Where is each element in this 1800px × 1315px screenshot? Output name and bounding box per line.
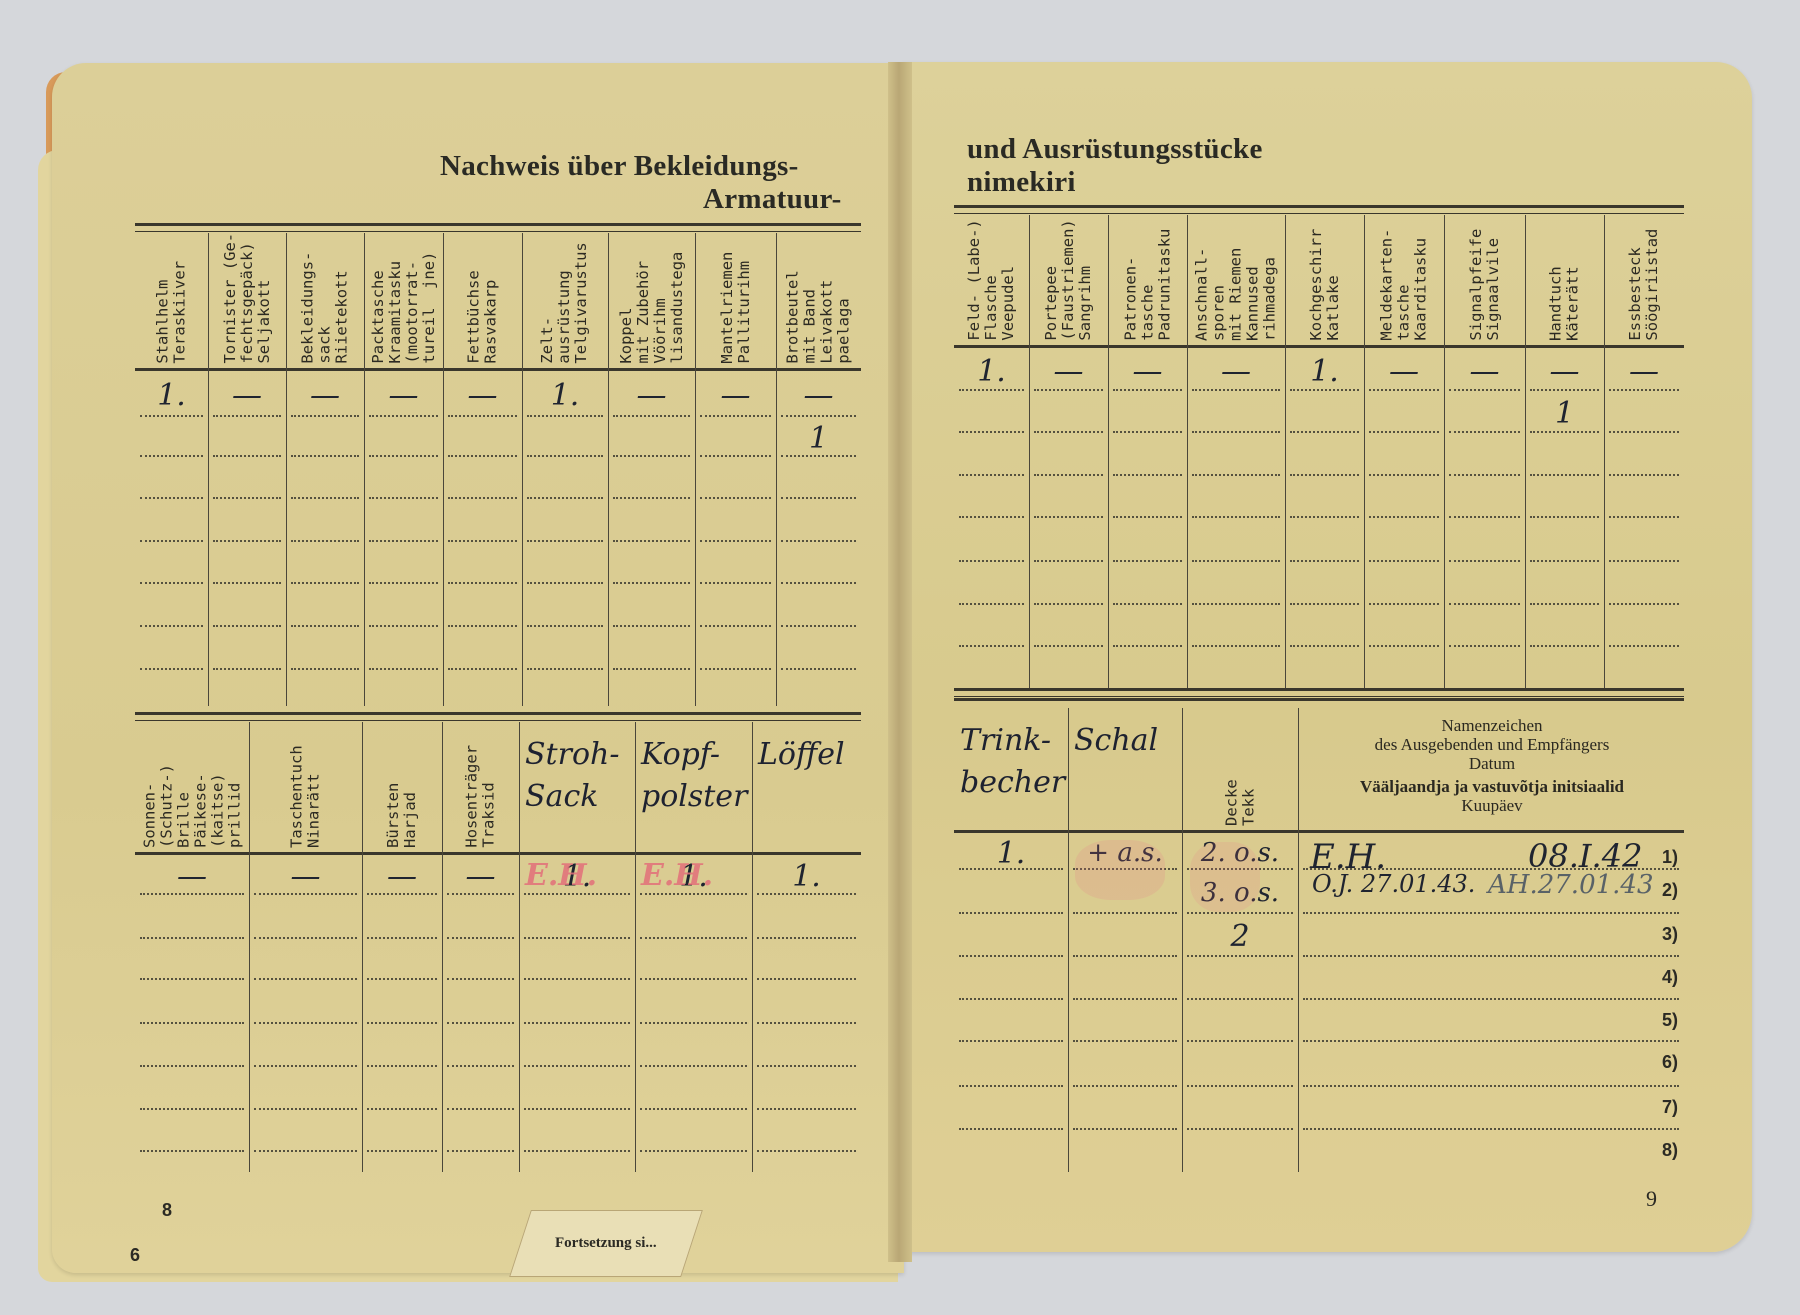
row-dotted-line: [1449, 516, 1520, 518]
row-dotted-line: [959, 998, 1063, 1000]
handwritten-quantity: 1.: [1285, 353, 1364, 389]
row-dotted-line: [959, 912, 1063, 914]
row-dotted-line: [1609, 560, 1679, 562]
column-divider: [752, 722, 753, 1172]
column-header-label: Koppel mit Zubehör Vöörihm lisandustega: [618, 252, 686, 364]
row-dotted-line: [1192, 603, 1280, 605]
header-rule: [954, 345, 1684, 348]
column-header: Sonnen- (Schutz-) Brille Päikese- (kaits…: [135, 724, 249, 848]
handwritten-quantity: 2: [1182, 918, 1298, 955]
row-dotted-line: [140, 540, 203, 542]
column-header-label: Stahlhelm Teraskiiver: [155, 261, 189, 364]
handwritten-quantity: 1.: [954, 838, 1068, 868]
row-dotted-line: [447, 937, 514, 939]
row-dotted-line: [527, 497, 603, 499]
row-dotted-line: [1073, 1040, 1177, 1042]
column-header: Hosenträger Traksid: [442, 724, 519, 848]
row-dotted-line: [448, 415, 517, 417]
column-header: Brotbeutel mit Band Leivakott paelaga: [776, 235, 861, 364]
column-header-label: Handtuch Käterätt: [1548, 266, 1582, 341]
row-dotted-line: [291, 582, 359, 584]
column-header-label: Taschentuch Ninarätt: [288, 745, 322, 848]
column-header-label: Meldekarten- tasche Kaarditasku: [1379, 229, 1430, 341]
handwritten-column-header: Schal: [1074, 720, 1180, 762]
handwritten-column-header: Löffel: [758, 734, 859, 776]
row-dotted-line: [1303, 955, 1679, 957]
column-header: Bekleidungs- sack Riietekott: [286, 235, 364, 364]
handwritten-quantity: —: [1525, 353, 1604, 389]
row-dotted-line: [448, 540, 517, 542]
column-header: Feld- (Labe-) Flasche Veepudel: [954, 217, 1029, 341]
table-top-rule: [954, 205, 1684, 208]
row-dotted-line: [367, 1022, 437, 1024]
column-header: Kochgeschirr Katlake: [1285, 217, 1364, 341]
row-dotted-line: [140, 1065, 244, 1067]
column-header: Zelt- ausrüstung Telgivarustus: [522, 235, 608, 364]
row-dotted-line: [1369, 603, 1439, 605]
column-divider: [519, 722, 520, 1172]
table-top-rule: [954, 213, 1684, 214]
row-dotted-line: [524, 978, 630, 980]
handwritten-quantity: 1: [776, 421, 861, 455]
handwritten-quantity: —: [208, 376, 286, 415]
row-dotted-line: [613, 415, 690, 417]
row-dotted-line: [1034, 474, 1103, 476]
sig-header-line: Kuupäev: [1300, 796, 1684, 815]
row-dotted-line: [524, 1065, 630, 1067]
row-dotted-line: [1530, 560, 1599, 562]
row-dotted-line: [1449, 645, 1520, 647]
column-header-label: Mantelriemen Palliturihm: [719, 252, 753, 364]
row-dotted-line: [640, 937, 747, 939]
row-dotted-line: [1187, 1085, 1293, 1087]
row-dotted-line: [700, 582, 771, 584]
column-header-label: Brotbeutel mit Band Leivakott paelaga: [785, 270, 853, 363]
table-top-rule: [135, 223, 861, 226]
row-dotted-line: [367, 1065, 437, 1067]
signature-row-number: 6): [1662, 1052, 1678, 1073]
column-header: Handtuch Käterätt: [1525, 217, 1604, 341]
row-dotted-line: [213, 582, 281, 584]
row-dotted-line: [448, 497, 517, 499]
row-dotted-line: [291, 455, 359, 457]
row-dotted-line: [1530, 516, 1599, 518]
column-divider: [1068, 708, 1069, 1172]
row-dotted-line: [613, 582, 690, 584]
row-dotted-line: [1034, 645, 1103, 647]
row-dotted-line: [527, 415, 603, 417]
row-dotted-line: [140, 1108, 244, 1110]
row-dotted-line: [781, 625, 856, 627]
row-dotted-line: [613, 497, 690, 499]
row-dotted-line: [291, 497, 359, 499]
row-dotted-line: [700, 497, 771, 499]
row-dotted-line: [447, 1108, 514, 1110]
handwritten-quantity: 1.: [954, 353, 1029, 389]
row-dotted-line: [1034, 389, 1103, 391]
handwritten-column-header: Trink- becher: [960, 720, 1066, 804]
row-dotted-line: [959, 516, 1024, 518]
handwritten-quantity: —: [135, 860, 249, 893]
row-dotted-line: [369, 455, 438, 457]
row-dotted-line: [1609, 516, 1679, 518]
handwritten-quantity: —: [443, 376, 522, 415]
signature-column-header: Namenzeichen des Ausgebenden und Empfäng…: [1300, 716, 1684, 815]
row-dotted-line: [1113, 603, 1182, 605]
signature-row-number: 4): [1662, 967, 1678, 988]
row-dotted-line: [1530, 431, 1599, 433]
row-dotted-line: [1303, 912, 1679, 914]
underlying-footer-text: Fortsetzung si...: [555, 1235, 657, 1252]
row-dotted-line: [291, 540, 359, 542]
row-dotted-line: [757, 978, 856, 980]
row-dotted-line: [613, 668, 690, 670]
row-dotted-line: [254, 937, 357, 939]
row-dotted-line: [369, 582, 438, 584]
column-header: Packtasche Kraamitasku (mootorrat- turei…: [364, 235, 443, 364]
row-dotted-line: [1187, 912, 1293, 914]
handwritten-quantity: —: [249, 860, 362, 893]
row-dotted-line: [1290, 389, 1359, 391]
row-dotted-line: [781, 497, 856, 499]
column-header: Taschentuch Ninarätt: [249, 724, 362, 848]
signature-date: AH.27.01.43: [1488, 870, 1654, 900]
row-dotted-line: [1609, 474, 1679, 476]
header-rule: [135, 368, 861, 371]
row-dotted-line: [367, 1150, 437, 1152]
handwritten-quantity: —: [364, 376, 443, 415]
column-header: Koppel mit Zubehör Vöörihm lisandustega: [608, 235, 695, 364]
underlying-page-number: 6: [130, 1245, 140, 1266]
signature-row-number: 7): [1662, 1097, 1678, 1118]
column-header-label: Zelt- ausrüstung Telgivarustus: [540, 242, 591, 363]
sig-header-line: Datum: [1300, 754, 1684, 773]
title-left-et: Armatuur-: [703, 183, 842, 215]
column-header-label: Sonnen- (Schutz-) Brille Päikese- (kaits…: [141, 763, 243, 848]
row-dotted-line: [1034, 431, 1103, 433]
row-dotted-line: [213, 668, 281, 670]
booklet-spine: [888, 62, 912, 1262]
row-dotted-line: [1034, 516, 1103, 518]
row-dotted-line: [1369, 560, 1439, 562]
handwritten-quantity: —: [362, 860, 442, 893]
column-divider: [635, 722, 636, 1172]
row-dotted-line: [1530, 474, 1599, 476]
row-dotted-line: [757, 1022, 856, 1024]
row-dotted-line: [1073, 912, 1177, 914]
column-header: Fettbüchse Rasvakarp: [443, 235, 522, 364]
row-dotted-line: [640, 978, 747, 980]
row-dotted-line: [1530, 389, 1599, 391]
row-dotted-line: [700, 625, 771, 627]
row-dotted-line: [1187, 998, 1293, 1000]
row-dotted-line: [367, 978, 437, 980]
row-dotted-line: [254, 978, 357, 980]
row-dotted-line: [1113, 516, 1182, 518]
row-dotted-line: [959, 389, 1024, 391]
row-dotted-line: [213, 625, 281, 627]
row-dotted-line: [140, 978, 244, 980]
row-dotted-line: [254, 1108, 357, 1110]
column-header: Decke Tekk: [1182, 710, 1298, 826]
table-top-rule: [135, 712, 861, 715]
column-header: Portepee (Faustriemen) Sangrihm: [1029, 217, 1108, 341]
row-dotted-line: [959, 474, 1024, 476]
row-dotted-line: [640, 1108, 747, 1110]
table-bottom-rule: [954, 688, 1684, 691]
signature-row-number: 8): [1662, 1140, 1678, 1161]
row-dotted-line: [1530, 603, 1599, 605]
sig-header-line: des Ausgebenden und Empfängers: [1300, 735, 1684, 754]
row-dotted-line: [213, 540, 281, 542]
row-dotted-line: [700, 668, 771, 670]
column-header-label: Feld- (Labe-) Flasche Veepudel: [966, 219, 1017, 340]
row-dotted-line: [1187, 1040, 1293, 1042]
row-dotted-line: [524, 937, 630, 939]
handwritten-quantity: 1.: [135, 376, 208, 415]
handwritten-quantity: —: [776, 376, 861, 415]
column-header-label: Fettbüchse Rasvakarp: [466, 270, 500, 363]
sig-header-line: Namenzeichen: [1300, 716, 1684, 735]
row-dotted-line: [291, 668, 359, 670]
row-dotted-line: [140, 497, 203, 499]
column-header-label: Portepee (Faustriemen) Sangrihm: [1043, 219, 1094, 340]
title-right-et: nimekiri: [967, 166, 1076, 198]
row-dotted-line: [1113, 474, 1182, 476]
row-dotted-line: [369, 625, 438, 627]
row-dotted-line: [1303, 1085, 1679, 1087]
row-dotted-line: [1303, 1128, 1679, 1130]
row-dotted-line: [1290, 560, 1359, 562]
row-dotted-line: [1073, 998, 1177, 1000]
column-header-label: Packtasche Kraamitasku (mootorrat- turei…: [370, 252, 438, 364]
page-number-left: 8: [162, 1200, 172, 1221]
signature-row-number: 3): [1662, 924, 1678, 945]
row-dotted-line: [1290, 474, 1359, 476]
handwritten-quantity: —: [1108, 353, 1187, 389]
row-dotted-line: [1034, 603, 1103, 605]
row-dotted-line: [1192, 560, 1280, 562]
row-dotted-line: [781, 668, 856, 670]
row-dotted-line: [640, 1065, 747, 1067]
row-dotted-line: [140, 415, 203, 417]
column-header-label: Hosenträger Traksid: [464, 745, 498, 848]
row-dotted-line: [781, 415, 856, 417]
row-dotted-line: [700, 540, 771, 542]
row-dotted-line: [254, 1065, 357, 1067]
row-dotted-line: [1369, 431, 1439, 433]
row-dotted-line: [1192, 645, 1280, 647]
row-dotted-line: [1073, 1128, 1177, 1130]
row-dotted-line: [781, 582, 856, 584]
column-header-label: Tornister (Ge- fechtsgepäck) Seljakott: [222, 233, 273, 364]
title-right-de: und Ausrüstungsstücke: [967, 133, 1263, 165]
row-dotted-line: [448, 625, 517, 627]
row-dotted-line: [527, 668, 603, 670]
row-dotted-line: [1609, 645, 1679, 647]
row-dotted-line: [1113, 431, 1182, 433]
handwritten-quantity: —: [695, 376, 776, 415]
row-dotted-line: [1290, 603, 1359, 605]
handwritten-quantity: —: [1029, 353, 1108, 389]
row-dotted-line: [254, 1150, 357, 1152]
handwritten-quantity: —: [286, 376, 364, 415]
row-dotted-line: [781, 540, 856, 542]
row-dotted-line: [527, 582, 603, 584]
row-dotted-line: [140, 1150, 244, 1152]
row-dotted-line: [140, 582, 203, 584]
red-stamp-initials: E.H.: [641, 858, 713, 893]
column-header: Patronen- tasche Padrunitasku: [1108, 217, 1187, 341]
handwritten-quantity: —: [608, 376, 695, 415]
row-dotted-line: [1449, 474, 1520, 476]
table-top-rule: [954, 698, 1684, 701]
row-dotted-line: [959, 1040, 1063, 1042]
row-dotted-line: [1369, 516, 1439, 518]
row-dotted-line: [1290, 431, 1359, 433]
row-dotted-line: [1303, 1040, 1679, 1042]
row-dotted-line: [757, 937, 856, 939]
row-dotted-line: [959, 645, 1024, 647]
row-dotted-line: [447, 1065, 514, 1067]
row-dotted-line: [1192, 431, 1280, 433]
row-dotted-line: [448, 668, 517, 670]
row-dotted-line: [448, 455, 517, 457]
row-dotted-line: [1369, 645, 1439, 647]
row-dotted-line: [700, 455, 771, 457]
row-dotted-line: [447, 978, 514, 980]
row-dotted-line: [613, 625, 690, 627]
column-header: Meldekarten- tasche Kaarditasku: [1364, 217, 1444, 341]
row-dotted-line: [369, 668, 438, 670]
signature-row-number: 2): [1662, 880, 1678, 901]
column-header-label: Decke Tekk: [1223, 779, 1257, 826]
row-dotted-line: [448, 582, 517, 584]
title-left-de: Nachweis über Bekleidungs-: [440, 150, 799, 182]
handwritten-quantity: —: [1444, 353, 1525, 389]
row-dotted-line: [757, 1065, 856, 1067]
row-dotted-line: [1449, 560, 1520, 562]
red-stamp-initials: E.H.: [525, 858, 597, 893]
row-dotted-line: [1449, 431, 1520, 433]
row-dotted-line: [757, 1150, 856, 1152]
row-dotted-line: [1449, 603, 1520, 605]
column-header: Anschnall- sporen mit Riemen Kannused ri…: [1187, 217, 1285, 341]
row-dotted-line: [213, 497, 281, 499]
row-dotted-line: [1290, 645, 1359, 647]
row-dotted-line: [1113, 645, 1182, 647]
row-dotted-line: [1609, 603, 1679, 605]
row-dotted-line: [1609, 431, 1679, 433]
column-header-label: Essbesteck Söögiriistad: [1627, 229, 1661, 341]
row-dotted-line: [367, 937, 437, 939]
row-dotted-line: [367, 1108, 437, 1110]
handwritten-quantity: 1.: [522, 376, 608, 415]
row-dotted-line: [369, 415, 438, 417]
row-dotted-line: [447, 1150, 514, 1152]
row-dotted-line: [1187, 955, 1293, 957]
column-header: Essbesteck Söögiriistad: [1604, 217, 1684, 341]
row-dotted-line: [959, 603, 1024, 605]
row-dotted-line: [1073, 955, 1177, 957]
row-dotted-line: [1192, 474, 1280, 476]
row-dotted-line: [524, 1108, 630, 1110]
column-header-label: Signalpfeife Signaalvile: [1468, 229, 1502, 341]
handwritten-column-header: Stroh- Sack: [525, 734, 633, 818]
row-dotted-line: [447, 1022, 514, 1024]
column-header: Mantelriemen Palliturihm: [695, 235, 776, 364]
column-header-label: Anschnall- sporen mit Riemen Kannused ri…: [1194, 247, 1279, 341]
column-header-label: Kochgeschirr Katlake: [1308, 229, 1342, 341]
row-dotted-line: [1192, 516, 1280, 518]
row-dotted-line: [1113, 389, 1182, 391]
sig-header-line: Vääljaandja ja vastuvõtja initsiaalid: [1300, 777, 1684, 796]
row-dotted-line: [1303, 998, 1679, 1000]
row-dotted-line: [959, 1128, 1063, 1130]
row-dotted-line: [1449, 389, 1520, 391]
row-dotted-line: [524, 1022, 630, 1024]
column-header-label: Bekleidungs- sack Riietekott: [300, 252, 351, 364]
row-dotted-line: [1034, 560, 1103, 562]
row-dotted-line: [959, 1085, 1063, 1087]
row-dotted-line: [140, 1022, 244, 1024]
row-dotted-line: [369, 540, 438, 542]
row-dotted-line: [613, 455, 690, 457]
page-number-right: 9: [1646, 1186, 1657, 1212]
row-dotted-line: [140, 937, 244, 939]
row-dotted-line: [1113, 560, 1182, 562]
row-dotted-line: [959, 431, 1024, 433]
row-dotted-line: [1369, 389, 1439, 391]
row-dotted-line: [1530, 645, 1599, 647]
signature-initials: O.J. 27.01.43.: [1312, 870, 1475, 898]
column-header-label: Bürsten Harjad: [385, 782, 419, 848]
header-rule: [954, 830, 1684, 833]
row-dotted-line: [527, 455, 603, 457]
column-header: Bürsten Harjad: [362, 724, 442, 848]
row-dotted-line: [291, 625, 359, 627]
handwritten-quantity: —: [1187, 353, 1285, 389]
row-dotted-line: [213, 455, 281, 457]
row-dotted-line: [527, 625, 603, 627]
row-dotted-line: [1073, 1085, 1177, 1087]
row-dotted-line: [700, 415, 771, 417]
row-dotted-line: [959, 955, 1063, 957]
column-header: Signalpfeife Signaalvile: [1444, 217, 1525, 341]
row-dotted-line: [1609, 389, 1679, 391]
row-dotted-line: [524, 1150, 630, 1152]
row-dotted-line: [640, 1150, 747, 1152]
row-dotted-line: [640, 1022, 747, 1024]
column-header: Stahlhelm Teraskiiver: [135, 235, 208, 364]
row-dotted-line: [613, 540, 690, 542]
row-dotted-line: [369, 497, 438, 499]
row-dotted-line: [959, 560, 1024, 562]
row-dotted-line: [527, 540, 603, 542]
row-dotted-line: [757, 1108, 856, 1110]
column-header: Tornister (Ge- fechtsgepäck) Seljakott: [208, 235, 286, 364]
handwritten-quantity: —: [1364, 353, 1444, 389]
row-dotted-line: [291, 415, 359, 417]
row-dotted-line: [140, 455, 203, 457]
red-stamp-smudge: [1075, 840, 1165, 900]
handwritten-column-header: Kopf- polster: [641, 734, 750, 818]
row-dotted-line: [1290, 516, 1359, 518]
handwritten-quantity: —: [1604, 353, 1684, 389]
row-dotted-line: [140, 668, 203, 670]
row-dotted-line: [140, 625, 203, 627]
row-dotted-line: [213, 415, 281, 417]
